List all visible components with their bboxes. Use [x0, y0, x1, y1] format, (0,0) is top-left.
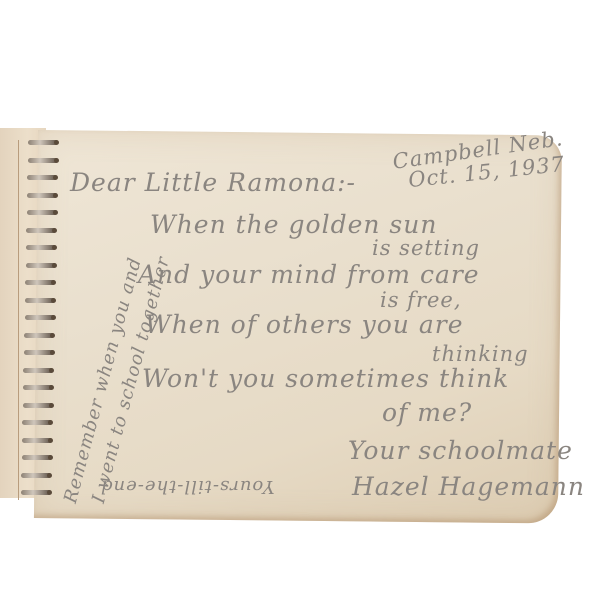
poem-line-6: thinking — [432, 342, 529, 366]
poem-line-4: is free, — [380, 288, 462, 312]
closing: Your schoolmate — [348, 436, 573, 465]
binding-hole — [54, 140, 59, 145]
page-spine — [18, 140, 19, 500]
salutation: Dear Little Ramona:- — [70, 168, 356, 197]
binding-hole — [48, 420, 53, 425]
spiral-binding — [20, 140, 60, 510]
poem-line-1: When the golden sun — [150, 210, 437, 239]
binding-hole — [52, 263, 57, 268]
binding-hole — [49, 385, 54, 390]
binding-hole — [53, 210, 58, 215]
upside-down-note: Yours-till-the-end — [100, 476, 275, 497]
binding-hole — [47, 473, 52, 478]
binding-hole — [52, 228, 57, 233]
binding-hole — [54, 158, 59, 163]
binding-hole — [49, 368, 54, 373]
binding-hole — [49, 403, 54, 408]
poem-line-3: And your mind from care — [138, 260, 480, 289]
binding-hole — [53, 175, 58, 180]
binding-hole — [52, 245, 57, 250]
binding-hole — [48, 438, 53, 443]
poem-line-7: Won't you sometimes think — [142, 364, 509, 393]
binding-hole — [47, 490, 52, 495]
binding-hole — [50, 350, 55, 355]
binding-hole — [50, 333, 55, 338]
signature: Hazel Hagemann — [352, 472, 585, 501]
binding-hole — [51, 298, 56, 303]
binding-hole — [48, 455, 53, 460]
binding-hole — [51, 315, 56, 320]
poem-line-5: When of others you are — [145, 310, 463, 339]
binding-hole — [53, 193, 58, 198]
binding-hole — [51, 280, 56, 285]
poem-line-2: is setting — [372, 236, 480, 260]
poem-line-8: of me? — [382, 398, 472, 427]
